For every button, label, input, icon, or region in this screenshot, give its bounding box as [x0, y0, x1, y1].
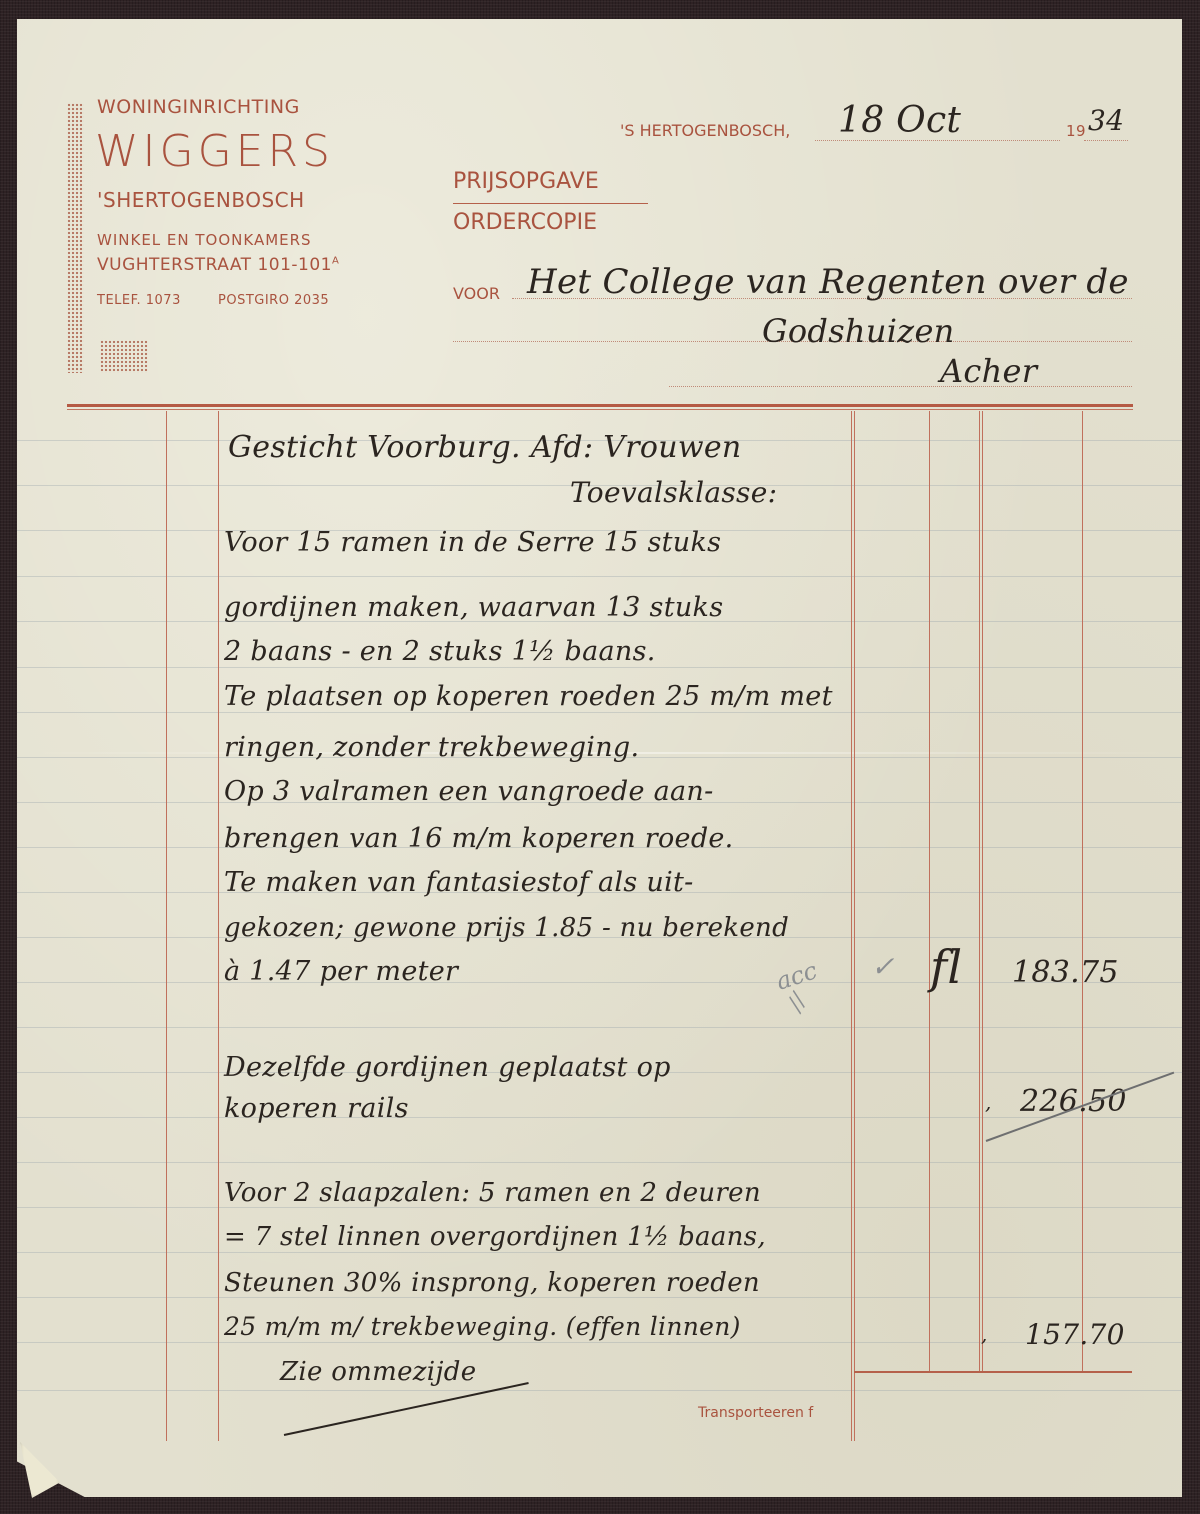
recipient-line-3: Acher — [940, 352, 1037, 390]
doc-type-divider — [453, 203, 648, 204]
body-line: Gesticht Voorburg. Afd: Vrouwen — [228, 430, 742, 465]
date-place: 'S HERTOGENBOSCH, — [620, 121, 790, 140]
body-line: Op 3 valramen een vangroede aan- — [224, 776, 714, 807]
body-line: Te plaatsen op koperen roeden 25 m/m met — [224, 681, 833, 712]
body-line: à 1.47 per meter — [224, 956, 458, 987]
recipient-line-1: Het College van Regenten over de — [527, 262, 1129, 302]
body-line: Te maken van fantasiestof als uit- — [224, 867, 694, 898]
body-line: Voor 2 slaapzalen: 5 ramen en 2 deuren — [224, 1178, 761, 1208]
body-line: 2 baans - en 2 stuks 1½ baans. — [224, 636, 656, 667]
amount-item-3-comma: , — [981, 1322, 988, 1346]
body-line: = 7 stel linnen overgordijnen 1½ baans, — [224, 1222, 766, 1252]
halftone-square — [100, 340, 148, 373]
amount-item-2: 226.50 — [1020, 1084, 1127, 1119]
recipient-line-2: Godshuizen — [762, 312, 955, 350]
see-reverse-note: Zie ommezijde — [280, 1357, 476, 1387]
transport-label: Transporteeren f — [698, 1405, 813, 1421]
amount-item-2-comma: , — [985, 1090, 992, 1114]
letterhead-postgiro: POSTGIRO 2035 — [218, 293, 329, 308]
currency-symbol: fl — [930, 940, 962, 994]
letterhead-address: VUGHTERSTRAAT 101-101A — [97, 255, 339, 275]
body-line: ringen, zonder trekbeweging. — [224, 732, 639, 763]
doc-type-prijsopgave: PRIJSOPGAVE — [453, 169, 599, 194]
body-line: Toevalsklasse: — [570, 476, 777, 509]
checkmark-icon: ✓ — [871, 950, 894, 983]
body-line: Steunen 30% insprong, koperen roeden — [224, 1268, 760, 1298]
date-day-month: 18 Oct — [838, 100, 961, 141]
body-line: 25 m/m m/ trekbeweging. (effen linnen) — [224, 1312, 741, 1341]
letterhead-shop: WINKEL EN TOONKAMERS — [97, 231, 312, 249]
letterhead-telephone: TELEF. 1073 — [97, 293, 181, 308]
doc-type-ordercopie: ORDERCOPIE — [453, 210, 597, 235]
body-line: brengen van 16 m/m koperen roede. — [224, 823, 734, 854]
date-year-prefix: 19 — [1066, 122, 1086, 140]
letterhead-tagline: WONINGINRICHTING — [97, 96, 300, 118]
body-line: Voor 15 ramen in de Serre 15 stuks — [224, 527, 721, 558]
letterhead-city: 'SHERTOGENBOSCH — [97, 188, 305, 212]
year-dotted-line — [1084, 140, 1128, 141]
amount-item-3: 157.70 — [1025, 1318, 1125, 1351]
amount-item-1: 183.75 — [1012, 955, 1119, 990]
total-rule — [854, 1371, 1132, 1373]
body-line: koperen rails — [224, 1093, 409, 1124]
halftone-bar — [67, 103, 84, 373]
body-line: gekozen; gewone prijs 1.85 - nu berekend — [224, 913, 789, 943]
body-line: Dezelfde gordijnen geplaatst op — [224, 1052, 671, 1083]
recipient-label: VOOR — [453, 284, 500, 303]
header-rule — [67, 404, 1133, 407]
company-name: WIGGERS — [95, 126, 334, 177]
date-year-suffix: 34 — [1088, 104, 1124, 137]
header-rule-thin — [67, 409, 1133, 410]
recipient-dotted-line-3 — [669, 386, 1132, 387]
body-line: gordijnen maken, waarvan 13 stuks — [224, 592, 723, 623]
